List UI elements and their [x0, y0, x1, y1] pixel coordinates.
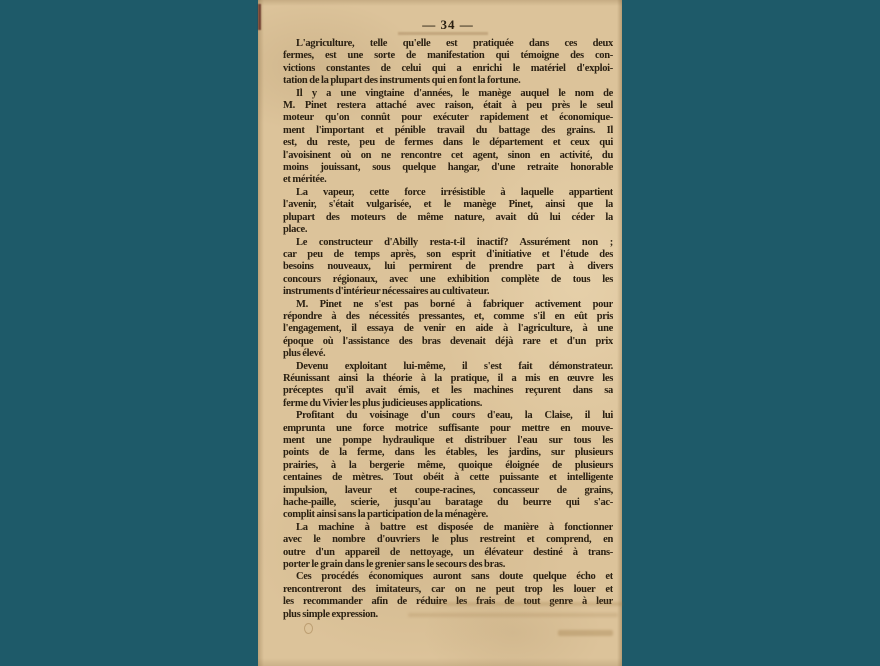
show-through-streak: [433, 602, 623, 606]
text-line: ment l'important et pénible travail du b…: [283, 125, 613, 137]
text-line: l'avenir, s'était vulgarisée, et le manè…: [283, 199, 613, 211]
text-line: plupart des moteurs de même nature, avai…: [283, 212, 613, 224]
text-line: Le constructeur d'Abilly resta-t-il inac…: [283, 237, 613, 249]
header-smudge: [398, 32, 488, 35]
text-line: hache-paille, scierie, jusqu'au baratage…: [283, 497, 613, 509]
text-line: Ces procédés économiques auront sans dou…: [283, 571, 613, 583]
text-line: et méritée.: [283, 174, 613, 186]
text-line: complit ainsi sans la participation de l…: [283, 509, 613, 521]
text-line: car peu de temps après, son esprit d'ini…: [283, 249, 613, 261]
page-number: — 34 —: [283, 17, 613, 33]
text-block: L'agriculture, telle qu'elle est pratiqu…: [283, 38, 613, 621]
text-line: préceptes qu'il avait émis, et les machi…: [283, 385, 613, 397]
text-line: M. Pinet ne s'est pas borné à fabriquer …: [283, 299, 613, 311]
text-line: place.: [283, 224, 613, 236]
text-line: moins jouissant, sous quelque hangar, d'…: [283, 162, 613, 174]
text-line: est, du reste, peu de fermes dans le dép…: [283, 137, 613, 149]
text-line: ferme du Vivier les plus judicieuses app…: [283, 398, 613, 410]
text-line: répondre à des nécessités pressantes, et…: [283, 311, 613, 323]
text-line: M. Pinet restera attaché avec raison, ét…: [283, 100, 613, 112]
text-line: Réunissant ainsi la théorie à la pratiqu…: [283, 373, 613, 385]
text-line: porter le grain dans le grenier sans le …: [283, 559, 613, 571]
show-through-streak: [408, 613, 618, 617]
text-line: La vapeur, cette force irrésistible à la…: [283, 187, 613, 199]
text-line: outre d'un appareil de nettoyage, un élé…: [283, 547, 613, 559]
text-line: emprunta une force motrice suffisante po…: [283, 423, 613, 435]
text-line: impulsion, laveur et coupe-racines, conc…: [283, 485, 613, 497]
text-line: ment une pompe hydraulique et distribuer…: [283, 435, 613, 447]
text-line: époque où l'assistance des bras devenait…: [283, 336, 613, 348]
text-line: prairies, à la bergerie même, quoique él…: [283, 460, 613, 472]
text-line: plus élevé.: [283, 348, 613, 360]
text-line: centaines de mètres. Tout obéit à cette …: [283, 472, 613, 484]
text-line: besoins nouveaux, lui permirent de prend…: [283, 261, 613, 273]
text-line: victions constantes de celui qui a enric…: [283, 63, 613, 75]
text-line: moteur qu'on connût pour exécuter rapide…: [283, 112, 613, 124]
text-line: La machine à battre est disposée de mani…: [283, 522, 613, 534]
text-line: instruments d'intérieur nécessaires au c…: [283, 286, 613, 298]
text-line: L'agriculture, telle qu'elle est pratiqu…: [283, 38, 613, 50]
text-line: rencontreront des imitateurs, car on ne …: [283, 584, 613, 596]
text-line: points de la ferme, dans les étables, le…: [283, 447, 613, 459]
show-through-streak: [558, 630, 613, 636]
text-line: l'engagement, il essaya de venir en aide…: [283, 323, 613, 335]
text-line: Profitant du voisinage d'un cours d'eau,…: [283, 410, 613, 422]
text-line: avec le nombre d'ouvriers le plus restre…: [283, 534, 613, 546]
text-line: l'avoisinent où on ne rencontre cet agen…: [283, 150, 613, 162]
text-line: Devenu exploitant lui-même, il s'est fai…: [283, 361, 613, 373]
text-line: fermes, est une sorte de manifestation q…: [283, 50, 613, 62]
paper-edge-stain: [258, 4, 261, 30]
show-through-ring: [304, 623, 313, 634]
text-line: concours régionaux, avec une exhibition …: [283, 274, 613, 286]
text-line: Il y a une vingtaine d'années, le manège…: [283, 88, 613, 100]
scan-background: — 34 — L'agriculture, telle qu'elle est …: [0, 0, 880, 666]
text-line: tation de la plupart des instruments qui…: [283, 75, 613, 87]
book-page: — 34 — L'agriculture, telle qu'elle est …: [258, 0, 622, 666]
